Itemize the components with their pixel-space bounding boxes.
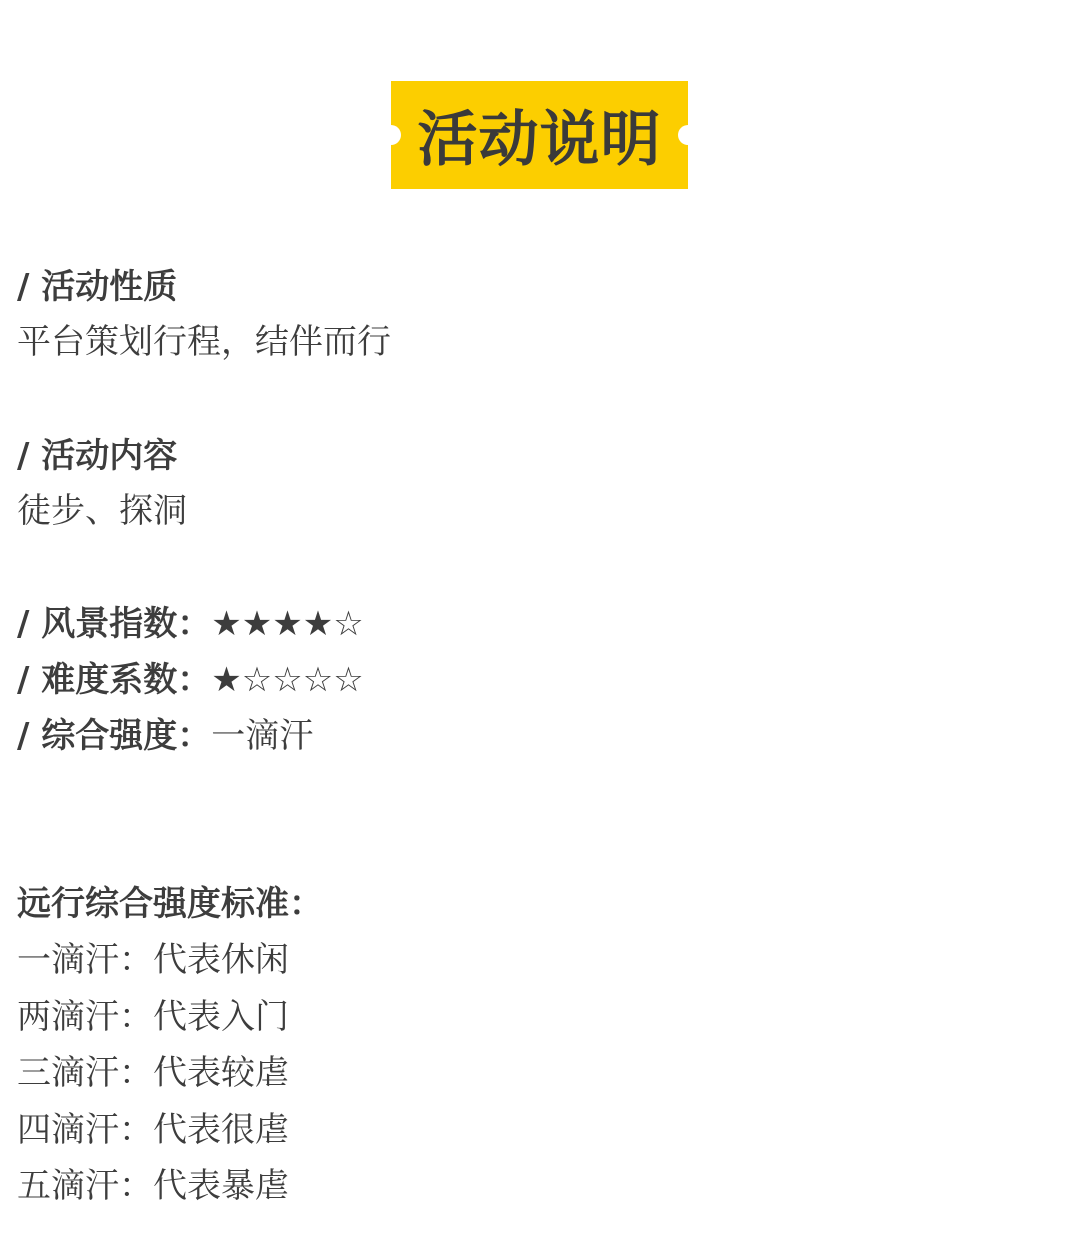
rating-difficulty-label: / 难度系数： <box>17 660 211 700</box>
title-banner: 活动说明 <box>391 81 688 189</box>
rating-intensity: / 综合强度：一滴汗 <box>17 716 313 756</box>
section-body-content: 徒步、探洞 <box>17 491 187 531</box>
star-rating-icon: ★☆☆☆☆ <box>211 660 363 700</box>
rating-scenery: / 风景指数：★★★★☆ <box>17 604 364 644</box>
rating-intensity-value: 一滴汗 <box>211 716 313 756</box>
standard-item: 一滴汗：代表休闲 <box>17 940 289 980</box>
standard-item: 五滴汗：代表暴虐 <box>17 1166 289 1206</box>
star-rating-icon: ★★★★☆ <box>211 604 363 644</box>
section-body-nature: 平台策划行程，结伴而行 <box>17 322 391 362</box>
standard-item: 三滴汗：代表较虐 <box>17 1053 289 1093</box>
section-heading-nature: / 活动性质 <box>17 267 177 307</box>
standard-title: 远行综合强度标准： <box>17 884 323 924</box>
rating-scenery-label: / 风景指数： <box>17 604 211 644</box>
banner-title: 活动说明 <box>418 92 662 178</box>
section-heading-content: / 活动内容 <box>17 436 177 476</box>
rating-intensity-label: / 综合强度： <box>17 716 211 756</box>
rating-difficulty: / 难度系数：★☆☆☆☆ <box>17 660 364 700</box>
standard-item: 两滴汗：代表入门 <box>17 997 289 1037</box>
standard-item: 四滴汗：代表很虐 <box>17 1110 289 1150</box>
